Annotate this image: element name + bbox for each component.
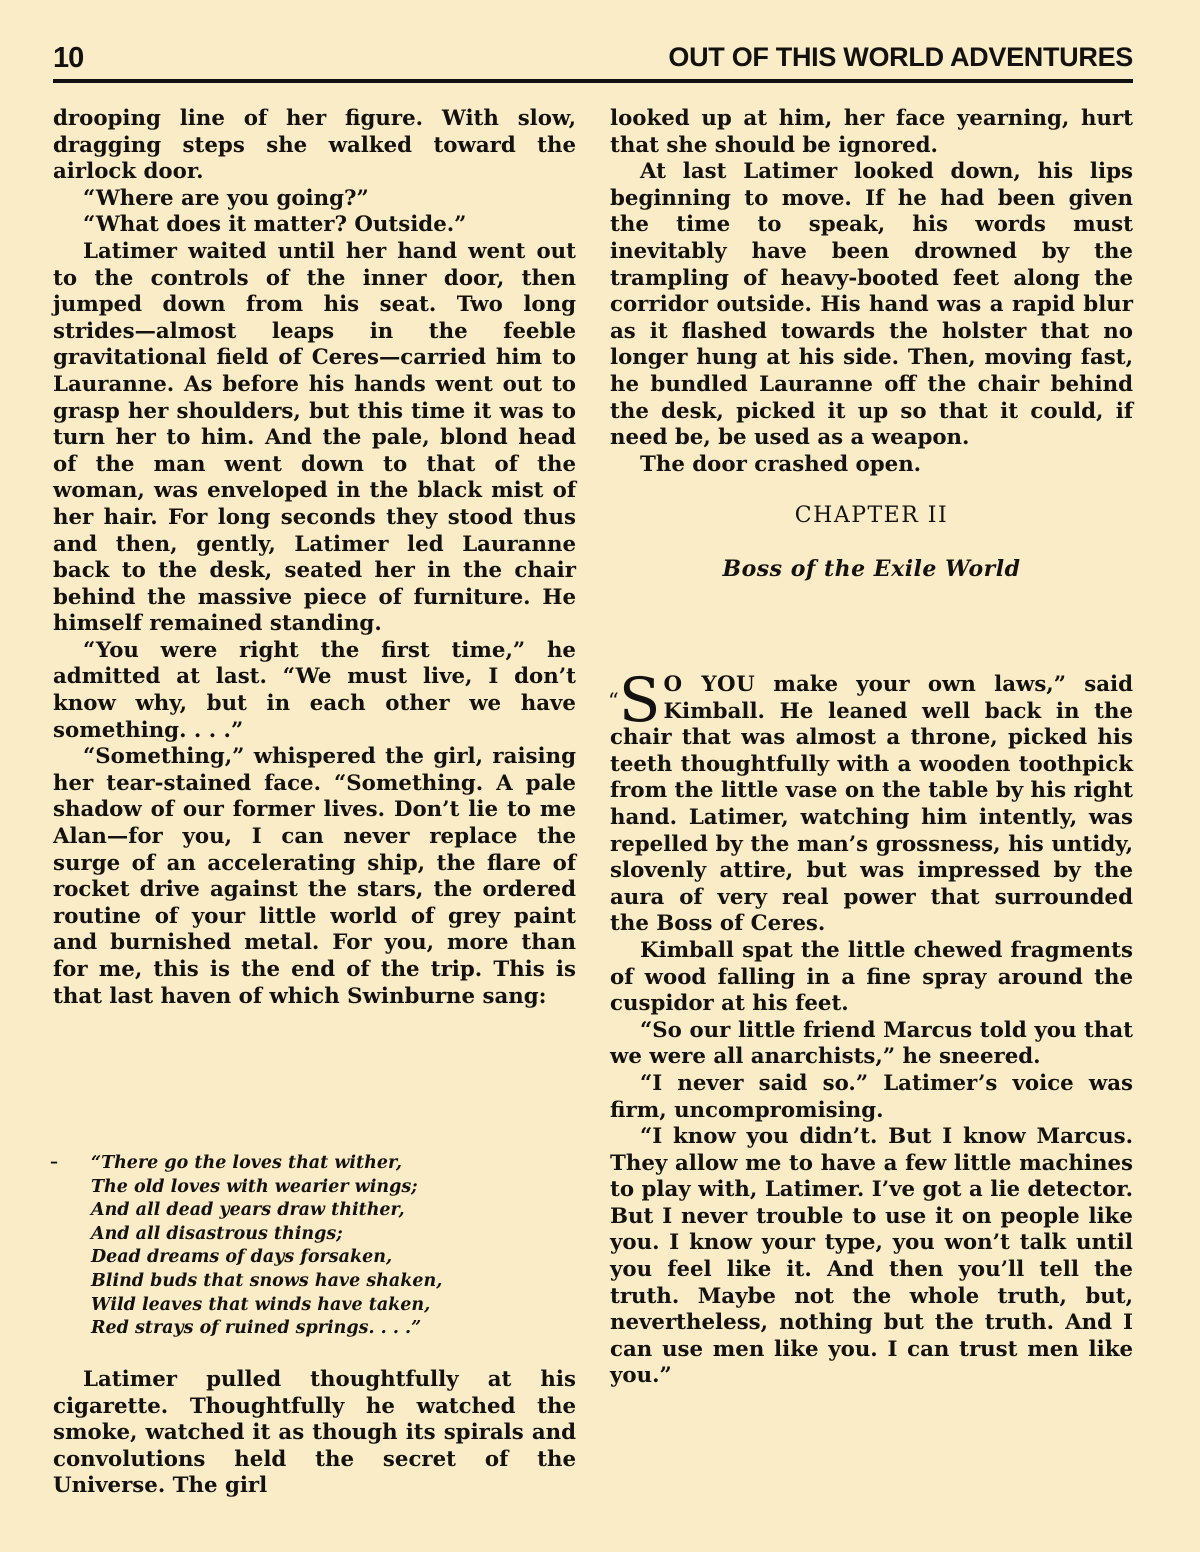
lead-in: O YOU — [664, 672, 756, 697]
chapter-opening-paragraph: “SO YOU make your own laws,” said Kimbal… — [610, 672, 1133, 938]
page-header: 10 OUT OF THIS WORLD ADVENTURES — [53, 42, 1133, 78]
left-column: drooping line of her figure. With slow, … — [53, 106, 576, 1010]
chapter-subtitle: Boss of the Exile World — [610, 556, 1133, 583]
paragraph: “What does it matter? Outside.” — [53, 212, 576, 239]
paragraph: “Something,” whispered the girl, raising… — [53, 744, 576, 1010]
chapter-heading: CHAPTER II — [610, 503, 1133, 530]
poem-line: The old loves with wearier wings; — [91, 1176, 561, 1200]
poem-line: Dead dreams of days forsaken, — [91, 1246, 561, 1270]
running-title: OUT OF THIS WORLD ADVENTURES — [668, 42, 1133, 73]
paragraph: The door crashed open. — [610, 452, 1133, 479]
poem-line: “There go the loves that wither, — [91, 1152, 561, 1176]
poem-quote: “There go the loves that wither, The old… — [91, 1152, 561, 1341]
page-number: 10 — [53, 42, 83, 75]
poem-line: Blind buds that snows have shaken, — [91, 1270, 561, 1294]
drop-cap-quote: “ — [608, 689, 619, 713]
paragraph: “You were right the first time,” he admi… — [53, 638, 576, 744]
left-column-after-poem: Latimer pulled thoughtfully at his cigar… — [53, 1367, 576, 1500]
poem-line: And all disastrous things; — [91, 1223, 561, 1247]
paragraph: Latimer pulled thoughtfully at his cigar… — [53, 1367, 576, 1500]
paragraph: drooping line of her figure. With slow, … — [53, 106, 576, 186]
paragraph: Kimball spat the little chewed fragments… — [610, 938, 1133, 1018]
drop-cap: “S — [608, 675, 661, 725]
poem-line: Wild leaves that winds have taken, — [91, 1294, 561, 1318]
paragraph: “I know you didn’t. But I know Marcus. T… — [610, 1124, 1133, 1390]
paragraph: looked up at him, her face yearning, hur… — [610, 106, 1133, 159]
poem-line: Red strays of ruined springs. . . .” — [91, 1317, 561, 1341]
poem-mark: – — [50, 1152, 58, 1171]
paragraph: Latimer waited until her hand went out t… — [53, 239, 576, 638]
poem-line: And all dead years draw thither, — [91, 1199, 561, 1223]
paragraph: “I never said so.” Latimer’s voice was f… — [610, 1071, 1133, 1124]
right-column-bottom: “SO YOU make your own laws,” said Kimbal… — [610, 672, 1133, 1390]
paragraph-text: make your own laws,” said Kimball. He le… — [610, 672, 1133, 936]
header-rule — [53, 79, 1133, 83]
paragraph: “So our little friend Marcus told you th… — [610, 1018, 1133, 1071]
paragraph: At last Latimer looked down, his lips be… — [610, 159, 1133, 452]
paragraph: “Where are you going?” — [53, 186, 576, 213]
right-column-top: looked up at him, her face yearning, hur… — [610, 106, 1133, 583]
